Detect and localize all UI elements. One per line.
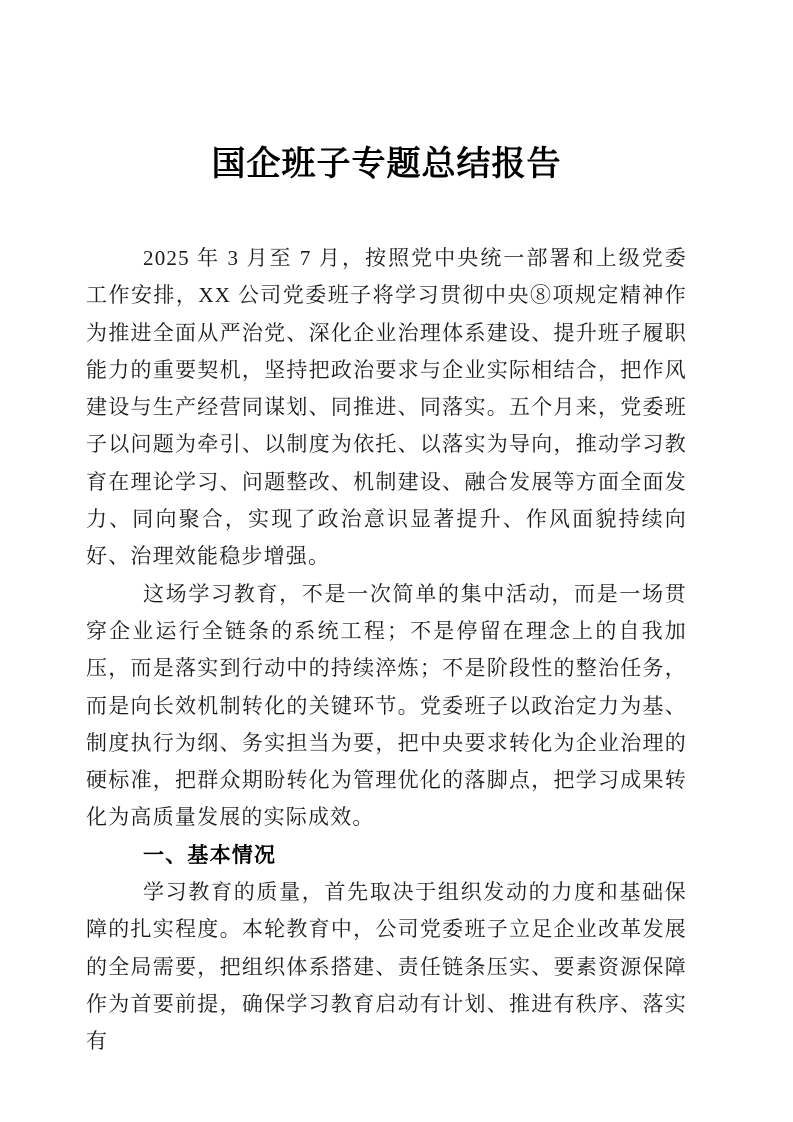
paragraph-significance: 这场学习教育，不是一次简单的集中活动，而是一场贯穿企业运行全链条的系统工程；不是… bbox=[86, 576, 687, 837]
paragraph-basic-situation: 学习教育的质量，首先取决于组织发动的力度和基础保障的扎实程度。本轮教育中，公司党… bbox=[86, 874, 687, 1060]
paragraph-overview: 2025 年 3 月至 7 月，按照党中央统一部署和上级党委工作安排，XX 公司… bbox=[86, 240, 687, 576]
document-title: 国企班子专题总结报告 bbox=[86, 145, 687, 185]
section-heading-basic-situation: 一、基本情况 bbox=[86, 837, 687, 874]
document-page: 国企班子专题总结报告 2025 年 3 月至 7 月，按照党中央统一部署和上级党… bbox=[0, 0, 793, 1122]
